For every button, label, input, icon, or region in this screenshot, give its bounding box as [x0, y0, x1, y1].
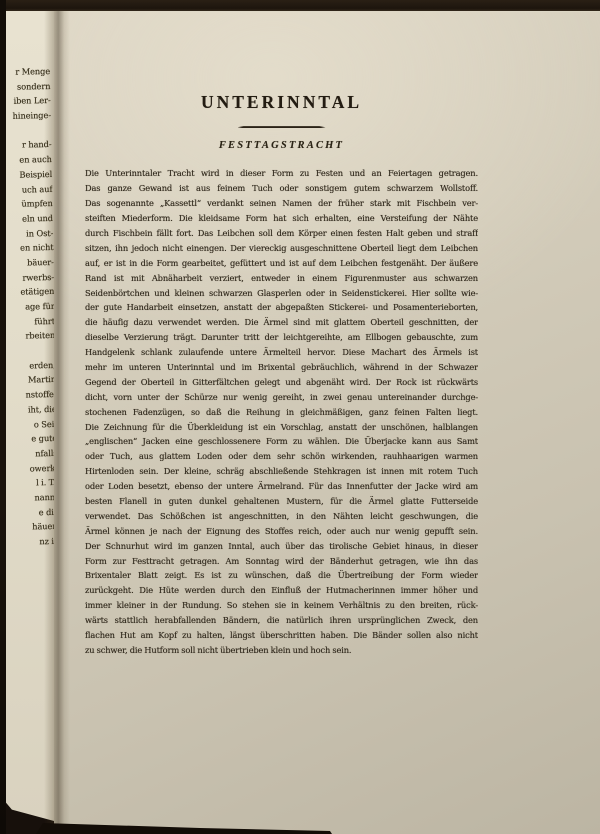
body-line: Handgelenk schlank zulaufende untere Ärm…: [85, 345, 478, 360]
fragment-line: iben Ler-: [7, 93, 51, 109]
body-line: dicht, vorn unter der Schürze nur wenig …: [85, 390, 478, 405]
body-line: Ärmel können je nach der Eignung des Sto…: [85, 524, 478, 539]
body-line: Der Schnurhut wird im ganzen Inntal, auc…: [85, 539, 478, 554]
fragment-line: nz in: [15, 534, 59, 550]
book-page: UNTERINNTAL FESTTAGSTRACHT Die Unterinnt…: [54, 11, 600, 834]
body-line: mehr im unteren Unterinntal und im Brixe…: [85, 360, 478, 375]
fragment-line: Martin: [12, 372, 56, 388]
fragment-line: r hand-: [7, 137, 51, 153]
body-line: flachen Hut am Kopf zu halten, längst üb…: [85, 628, 478, 643]
body-line: Das ganze Gewand ist aus feinem Tuch ode…: [85, 181, 478, 196]
fragment-line: führt: [11, 314, 55, 330]
body-line: Das sogenannte „Kassettl“ verdankt seine…: [85, 196, 478, 211]
fragment-line: eln und: [9, 211, 53, 227]
body-line: der gute Handarbeit einsetzen, anstatt d…: [85, 300, 478, 315]
body-text: Die Unterinntaler Tracht wird in dieser …: [85, 166, 478, 657]
body-line: Rand ist mit Abnäharbeit verziert, entwe…: [85, 271, 478, 286]
fragment-line: etätigen: [10, 284, 54, 300]
fragment-line: bäuer-: [10, 255, 54, 271]
body-line: sitzen, ihn jedoch nicht einengen. Der v…: [85, 241, 478, 256]
page-title: UNTERINNTAL: [85, 92, 478, 113]
body-line: zurückgeht. Die Hüte werden durch den Ei…: [85, 583, 478, 598]
body-line: die häufig dazu verwendet werden. Die Är…: [85, 315, 478, 330]
body-line: Brixentaler Blatt zeigt. Es ist zu wünsc…: [85, 568, 478, 583]
body-line: wärts stattlich herabfallenden Bändern, …: [85, 613, 478, 628]
body-line: Form zur Festtracht getragen. Am Sonntag…: [85, 554, 478, 569]
fragment-line: [7, 123, 51, 139]
body-line: Gegend der Oberteil in Gitterfältchen ge…: [85, 375, 478, 390]
body-line: auf, er ist in die Form gearbeitet, gefü…: [85, 256, 478, 271]
fragment-line: r Menge: [6, 64, 50, 80]
body-line: verwendet. Das Schößchen ist angeschnitt…: [85, 509, 478, 524]
fragment-line: hineinge-: [7, 108, 51, 124]
book-left-edge: [0, 0, 6, 834]
fragment-line: häuer-: [15, 519, 59, 535]
fragment-line: iht, die: [12, 402, 56, 418]
fragment-line: rwerbs-: [10, 270, 54, 286]
fragment-line: e gute: [13, 431, 57, 447]
section-heading: FESTTAGSTRACHT: [85, 140, 478, 151]
fragment-line: l i. T.,: [14, 475, 58, 491]
fragment-line: [11, 343, 55, 359]
fragment-line: nstoffe,: [12, 387, 56, 403]
body-line: „englischen“ Jacken eine geschlossenere …: [85, 434, 478, 449]
left-page-fragments: r Mengesonderniben Ler-hineinge-r hand-e…: [6, 64, 59, 549]
fragment-line: en nicht: [9, 240, 53, 256]
fragment-line: age für: [11, 299, 55, 315]
body-line: Die Zeichnung für die Überkleidung ist e…: [85, 420, 478, 435]
body-line: Seidenbörtchen und kleinen schwarzen Gla…: [85, 286, 478, 301]
body-line: dieselbe Verzierung trägt. Darunter trit…: [85, 330, 478, 345]
fragment-line: o Sei-: [13, 416, 57, 432]
body-line: oder Tuch, aus glattem Loden oder dem se…: [85, 449, 478, 464]
fragment-line: in Ost-: [9, 226, 53, 242]
fragment-line: en auch: [8, 152, 52, 168]
fragment-line: uch auf: [8, 181, 52, 197]
body-line: oder Loden besetzt, ebenso der untere Är…: [85, 479, 478, 494]
book-photo: r Mengesonderniben Ler-hineinge-r hand-e…: [0, 0, 600, 834]
body-line: Hirtenloden sein. Der kleine, schräg abs…: [85, 464, 478, 479]
body-line: besten Flanell in guten dunkel gehaltene…: [85, 494, 478, 509]
fragment-line: ümpfen: [9, 196, 53, 212]
fragment-line: sondern: [6, 79, 50, 95]
fragment-line: nannt: [14, 490, 58, 506]
title-divider-rule: [238, 126, 326, 128]
body-line: Die Unterinntaler Tracht wird in dieser …: [85, 166, 478, 181]
facing-page-sliver: r Mengesonderniben Ler-hineinge-r hand-e…: [5, 11, 54, 821]
body-line: stochenen Fadenzügen, so daß die Reihung…: [85, 405, 478, 420]
body-line: zu schwer, die Hutform soll nicht übertr…: [85, 643, 478, 658]
fragment-line: owerk-: [14, 460, 58, 476]
fragment-line: erden,: [12, 358, 56, 374]
body-line: durch Fischbein fällt fort. Das Leibchen…: [85, 226, 478, 241]
body-line: immer kleiner in der Rundung. So stehen …: [85, 598, 478, 613]
fragment-line: Beispiel: [8, 167, 52, 183]
fragment-line: rbeiten: [11, 328, 55, 344]
fragment-line: e die: [14, 505, 58, 521]
body-line: steiften Miederform. Die kleidsame Form …: [85, 211, 478, 226]
fragment-line: nfalls: [13, 446, 57, 462]
